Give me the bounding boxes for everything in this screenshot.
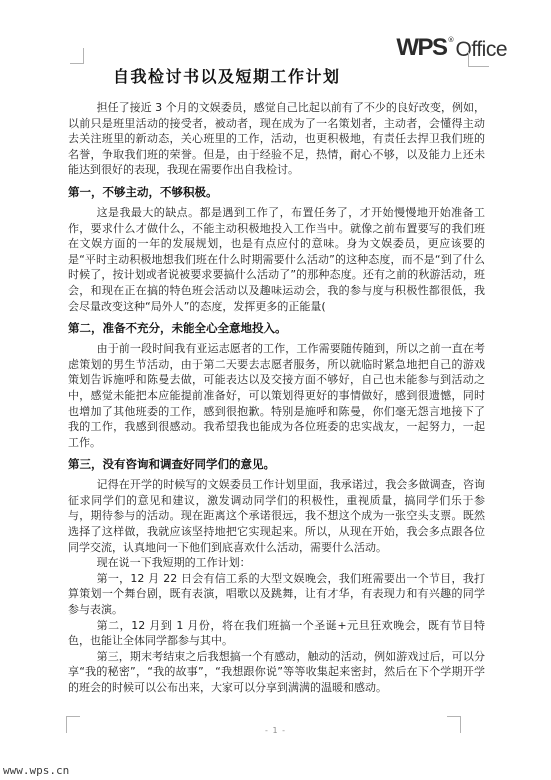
wps-url-watermark: www.wps.cn (3, 764, 69, 777)
page-title: 自我检讨书以及短期工作计划 (113, 64, 485, 87)
paragraph: 这是我最大的缺点。都是遇到工作了，布置任务了，才开始慢慢地开始准备工作，要求什么… (68, 205, 485, 314)
section-heading: 第三，没有咨询和调查好同学们的意见。 (68, 457, 485, 471)
paragraph: 第二，12 月到 1 月份，将在我们班搞一个圣诞+元旦狂欢晚会，既有节目特色，也… (68, 618, 485, 649)
paragraph: 记得在开学的时候写的文娱委员工作计划里面，我承诺过，我会多做调查，咨询征求同学们… (68, 477, 485, 555)
document-body: 担任了接近 3 个月的文娱委员，感觉自己比起以前有了不少的良好改变，例如，以前只… (68, 100, 485, 696)
page-number: - 1 - (0, 726, 551, 735)
margin-crop-mark-top-left (70, 48, 84, 64)
wps-logo-text: WPS (396, 36, 446, 60)
paragraph: 现在说一下我短期的工作计划： (68, 555, 485, 571)
section-heading: 第一，不够主动，不够积极。 (68, 185, 485, 199)
paragraph: 由于前一段时间我有亚运志愿者的工作，工作需要随传随到，所以之前一直在考虑策划的男… (68, 341, 485, 450)
wps-office-logo: WPS ® Office (396, 36, 507, 62)
section-heading: 第二，准备不充分，未能全心全意地投入。 (68, 321, 485, 335)
document-content: 自我检讨书以及短期工作计划 担任了接近 3 个月的文娱委员，感觉自己比起以前有了… (68, 64, 485, 696)
paragraph: 第三，期末考结束之后我想搞一个有感动，触动的活动，例如游戏过后，可以分享“我的秘… (68, 649, 485, 696)
paragraph: 担任了接近 3 个月的文娱委员，感觉自己比起以前有了不少的良好改变，例如，以前只… (68, 100, 485, 178)
document-page: WPS ® Office 自我检讨书以及短期工作计划 担任了接近 3 个月的文娱… (0, 0, 551, 780)
paragraph: 第一，12 月 22 日会有信工系的大型文娱晚会，我们班需要出一个节目，我打算策… (68, 571, 485, 618)
registered-trademark-icon: ® (448, 37, 455, 44)
